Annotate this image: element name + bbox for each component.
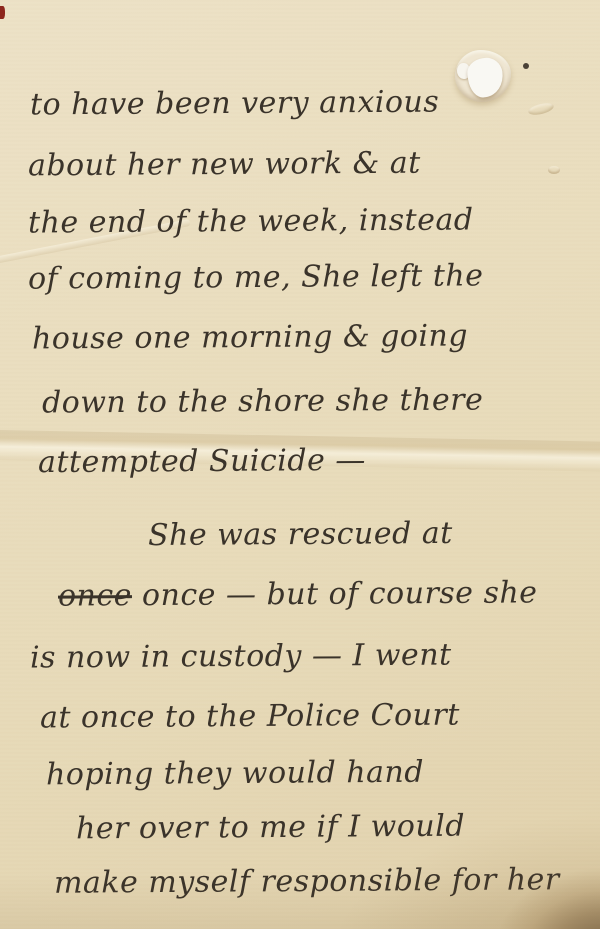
letter-segment: attempted Suicide — (38, 443, 366, 480)
letter-segment: at once to the Police Court (40, 698, 460, 736)
letter-line: her over to me if I would (76, 797, 465, 860)
letter-segment: hoping they would hand (46, 755, 424, 793)
letter-line: at once to the Police Court (40, 686, 460, 749)
letter-segment: about her new work & at (28, 146, 421, 184)
letter-line: about her new work & at (28, 134, 421, 197)
letter-segment: to have been very anxious (30, 85, 439, 123)
letter-line: down to the shore she there (42, 370, 484, 433)
letter-segment: She was rescued at (148, 516, 453, 553)
letter-segment: once — but of course she (132, 575, 538, 613)
letter-line: of coming to me, She left the (28, 246, 484, 309)
letter-segment: down to the shore she there (42, 382, 483, 420)
letter-line: is now in custody — I went (30, 626, 452, 689)
letter-line: to have been very anxious (30, 73, 440, 136)
letter-line: She was rescued at (148, 504, 453, 566)
letter-line: make myself responsible for her (54, 850, 560, 914)
letter-segment: is now in custody — I went (30, 638, 452, 676)
letter-line: house one morning & going (32, 306, 468, 369)
letter-line: once once — but of course she (58, 563, 538, 626)
letter-page: to have been very anxiousabout her new w… (0, 0, 600, 929)
letter-segment: the end of the week, instead (28, 202, 474, 240)
letter-segment: house one morning & going (32, 318, 468, 356)
letter-line: attempted Suicide — (38, 431, 366, 493)
letter-line: hoping they would hand (46, 743, 424, 806)
struck-word: once (58, 578, 132, 614)
letter-segment: of coming to me, She left the (28, 258, 484, 296)
letter-line: the end of the week, instead (28, 190, 474, 253)
letter-segment: make myself responsible for her (54, 862, 560, 901)
letter-text: to have been very anxiousabout her new w… (0, 0, 600, 929)
letter-segment: her over to me if I would (76, 809, 465, 847)
